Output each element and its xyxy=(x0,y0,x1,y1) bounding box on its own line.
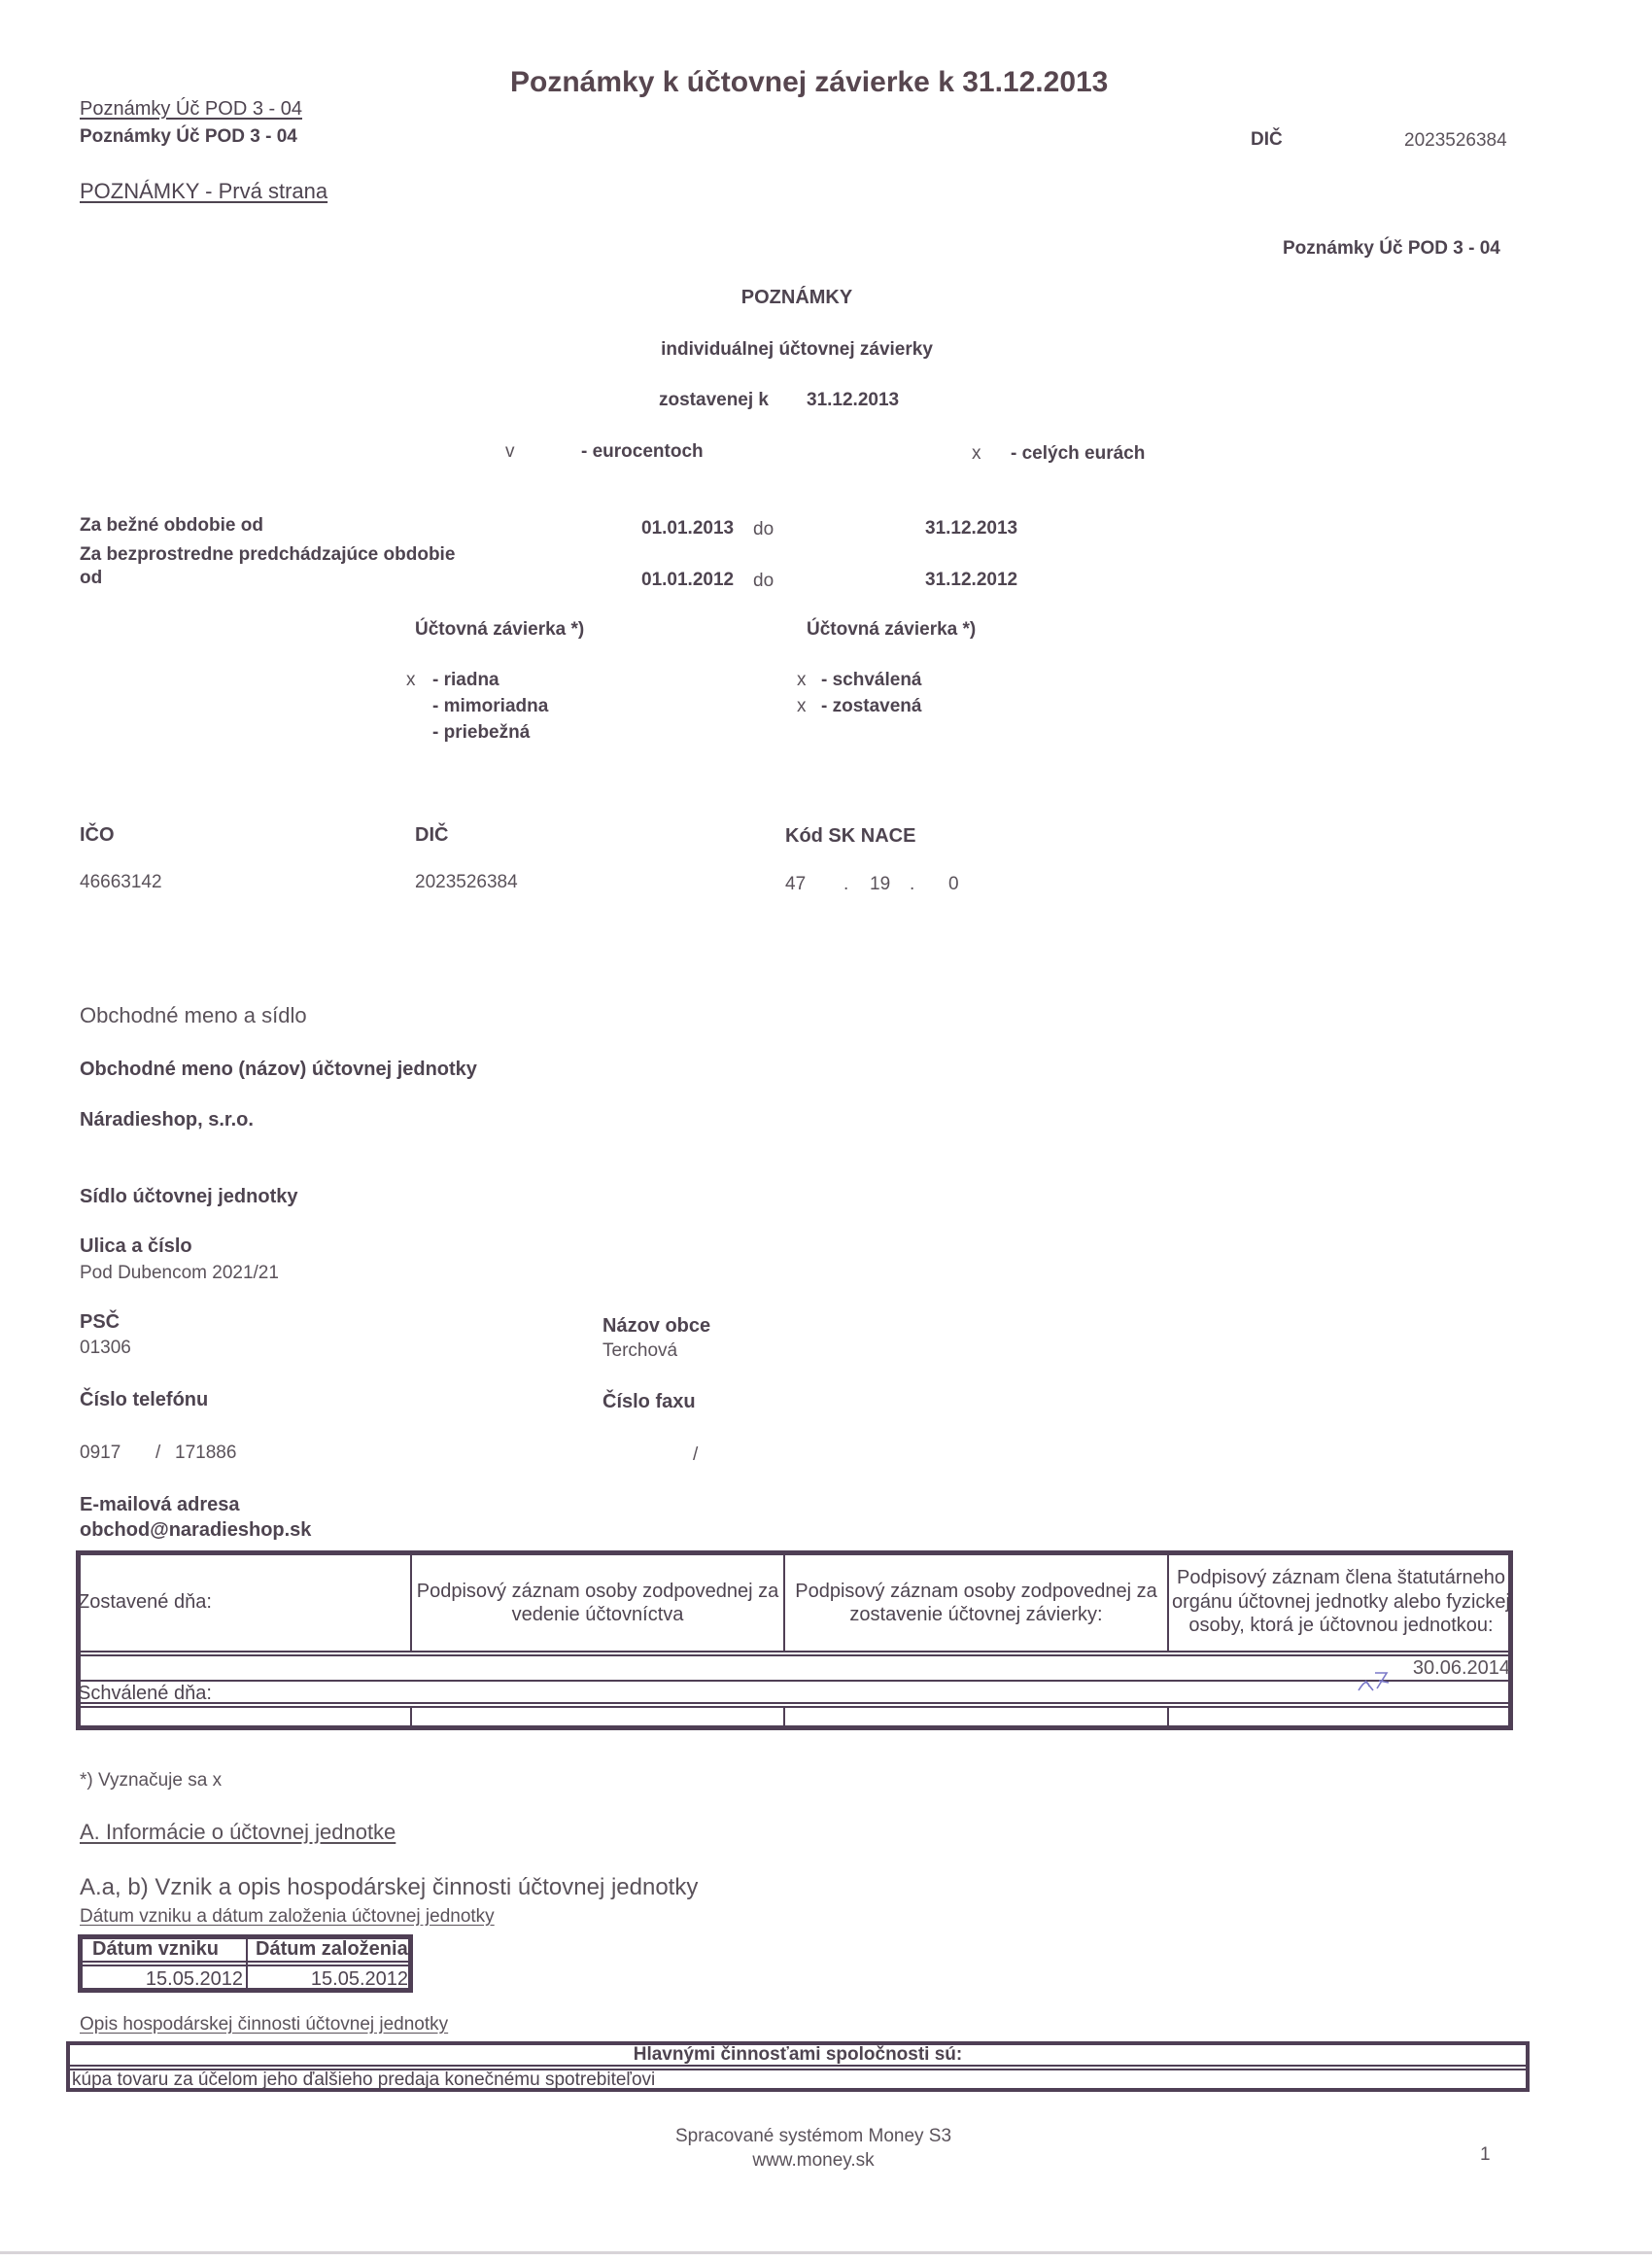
section-a-subtitle: A.a, b) Vznik a opis hospodárskej činnos… xyxy=(80,1876,698,1899)
handwritten-initials-icon xyxy=(1356,1669,1394,1694)
footnote: *) Vyznačuje sa x xyxy=(80,1771,222,1790)
statement-type-right-title: Účtovná závierka *) xyxy=(807,620,976,639)
sig-bottom-divider-1 xyxy=(410,1708,412,1730)
phone-label: Číslo telefónu xyxy=(80,1390,208,1409)
company-name-label: Obchodné meno (názov) účtovnej jednotky xyxy=(80,1060,477,1079)
phone-prefix: 0917 xyxy=(80,1444,120,1462)
street-label: Ulica a číslo xyxy=(80,1236,192,1256)
form-name-right: Poznámky Úč POD 3 - 04 xyxy=(1283,239,1500,258)
sig-row-separator-2 xyxy=(81,1702,1508,1708)
nace-dot-1: . xyxy=(843,875,848,893)
dates-caption: Dátum vzniku a dátum založenia účtovnej … xyxy=(80,1907,495,1926)
option-riadna-label: - riadna xyxy=(432,671,499,689)
approved-on-label: Schválené dňa: xyxy=(78,1683,212,1705)
previous-period-to: 31.12.2012 xyxy=(925,571,1017,589)
signature-table: Zostavené dňa: Podpisový záznam osoby zo… xyxy=(76,1550,1513,1730)
form-link[interactable]: Poznámky Úč POD 3 - 04 xyxy=(80,99,302,119)
email-label: E-mailová adresa xyxy=(80,1495,240,1514)
sig-bottom-divider-2 xyxy=(783,1708,785,1730)
unit-eurocent-mark[interactable]: v xyxy=(505,442,515,461)
dic-value-header: 2023526384 xyxy=(1404,131,1507,150)
sig-header-statutory: Podpisový záznam člena štatutárneho orgá… xyxy=(1169,1553,1513,1651)
nace-dot-2: . xyxy=(910,875,914,893)
current-period-from: 01.01.2013 xyxy=(641,519,734,538)
option-mimoriadna-label: - mimoriadna xyxy=(432,697,548,715)
founding-dates-table: Dátum vzniku Dátum založenia 15.05.2012 … xyxy=(78,1934,413,1993)
nace-part-1: 47 xyxy=(785,875,806,893)
phone-sep: / xyxy=(155,1444,160,1462)
statement-type-left-title: Účtovná závierka *) xyxy=(415,620,584,639)
form-name: Poznámky Úč POD 3 - 04 xyxy=(80,127,297,146)
sig-header-compiler: Podpisový záznam osoby zodpovednej za zo… xyxy=(785,1555,1167,1651)
ico-label: IČO xyxy=(80,825,115,845)
sig-header-separator xyxy=(81,1651,1508,1656)
sig-row-separator-1 xyxy=(81,1680,1508,1682)
footer-website[interactable]: www.money.sk xyxy=(752,2151,874,2170)
current-period-sep: do xyxy=(753,520,774,539)
notes-heading: POZNÁMKY xyxy=(741,288,852,307)
activity-row: kúpa tovaru za účelom jeho ďalšieho pred… xyxy=(72,2070,655,2091)
compiled-date: 31.12.2013 xyxy=(807,391,899,409)
city-label: Názov obce xyxy=(602,1316,710,1336)
dic-label-header: DIČ xyxy=(1251,130,1283,149)
scan-edge-divider xyxy=(0,2251,1652,2254)
current-period-label: Za bežné obdobie od xyxy=(80,516,263,535)
company-name-value: Náradieshop, s.r.o. xyxy=(80,1110,254,1130)
dic-value: 2023526384 xyxy=(415,873,518,891)
unit-euro-label: - celých eurách xyxy=(1011,444,1145,463)
previous-period-from: 01.01.2012 xyxy=(641,571,734,589)
date-founding-value: 15.05.2012 xyxy=(311,1968,408,1991)
option-zostavena-label: - zostavená xyxy=(821,697,921,715)
company-section-title: Obchodné meno a sídlo xyxy=(80,1005,307,1026)
option-priebezna-label: - priebežná xyxy=(432,723,530,742)
previous-period-label: Za bezprostredne predchádzajúce obdobie xyxy=(80,545,455,564)
option-zostavena-mark[interactable]: x xyxy=(797,697,807,715)
compiled-on-label: Zostavené dňa: xyxy=(78,1591,212,1614)
unit-eurocent-label: - eurocentoch xyxy=(581,442,704,461)
psc-label: PSČ xyxy=(80,1312,120,1332)
dates-header-separator xyxy=(83,1961,408,1966)
section-a-title[interactable]: A. Informácie o účtovnej jednotke xyxy=(80,1822,396,1843)
psc-value: 01306 xyxy=(80,1339,131,1357)
option-schvalena-label: - schválená xyxy=(821,671,922,689)
nace-label: Kód SK NACE xyxy=(785,826,915,846)
footer-processed-by: Spracované systémom Money S3 xyxy=(675,2127,951,2145)
compiled-on-date[interactable]: 30.06.2014 xyxy=(1413,1657,1510,1680)
activity-table: Hlavnými činnosťami spoločnosti sú: kúpa… xyxy=(66,2041,1530,2092)
previous-period-sep: do xyxy=(753,572,774,590)
email-value[interactable]: obchod@naradieshop.sk xyxy=(80,1520,311,1540)
compiled-label: zostavenej k xyxy=(659,391,769,409)
sig-bottom-divider-3 xyxy=(1167,1708,1169,1730)
street-value: Pod Dubencom 2021/21 xyxy=(80,1264,279,1282)
unit-euro-mark[interactable]: x xyxy=(972,444,981,463)
document-title: Poznámky k účtovnej závierke k 31.12.201… xyxy=(510,68,1108,97)
city-value: Terchová xyxy=(602,1341,677,1360)
section-link-first-page[interactable]: POZNÁMKY - Prvá strana xyxy=(80,181,327,202)
current-period-to: 31.12.2013 xyxy=(925,519,1017,538)
previous-period-od: od xyxy=(80,569,102,587)
dates-header-founding: Dátum založenia xyxy=(256,1938,408,1961)
seat-title: Sídlo účtovnej jednotky xyxy=(80,1187,297,1206)
nace-part-2: 19 xyxy=(870,875,890,893)
fax-sep: / xyxy=(693,1445,698,1464)
ico-value: 46663142 xyxy=(80,873,162,891)
dates-header-origin: Dátum vzniku xyxy=(92,1938,219,1961)
option-schvalena-mark[interactable]: x xyxy=(797,671,807,689)
fax-label: Číslo faxu xyxy=(602,1392,696,1411)
page-number: 1 xyxy=(1480,2145,1491,2164)
sig-header-accounting: Podpisový záznam osoby zodpovednej za ve… xyxy=(412,1555,783,1651)
date-origin-value: 15.05.2012 xyxy=(146,1968,243,1991)
dic-label: DIČ xyxy=(415,825,448,845)
notes-subheading: individuálnej účtovnej závierky xyxy=(661,340,933,359)
option-riadna-mark[interactable]: x xyxy=(406,671,416,689)
activity-header: Hlavnými činnosťami spoločnosti sú: xyxy=(70,2044,1526,2066)
activity-caption: Opis hospodárskej činnosti účtovnej jedn… xyxy=(80,2015,448,2034)
phone-number: 171886 xyxy=(175,1444,236,1462)
nace-part-3: 0 xyxy=(948,875,959,893)
